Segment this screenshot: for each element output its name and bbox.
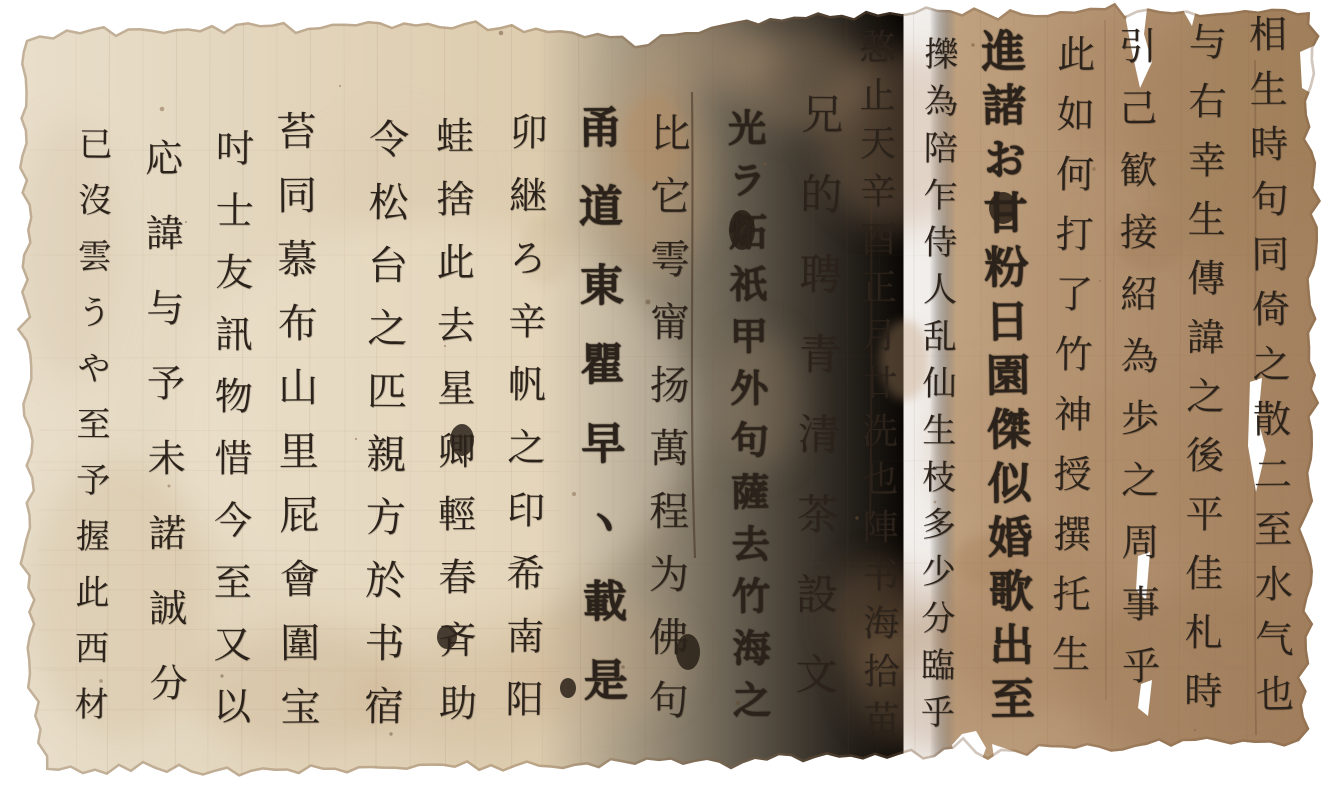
manuscript-photo: 相生時句同倚之散二至水气也与右幸生傳諱之後平佳札時引己歓接紹為歩之周事乎此如何打… (0, 0, 1323, 792)
calligraphy-column-9: 光ラ炻祇甲外句薩去竹海之 (724, 108, 767, 732)
calligraphy-column-4: 此如何打了竹神授撰托生 (1048, 34, 1092, 694)
calligraphy-column-13: 蛙捨此去星卿輕春斉助 (432, 116, 473, 746)
calligraphy-column-10: 比它雩甯扬萬程为佛句 (645, 112, 687, 742)
calligraphy-column-16: 吋士友訊物惜今至又以 (209, 128, 250, 748)
calligraphy-column-2: 与右幸生傳諱之後平佳札時 (1181, 22, 1224, 730)
calligraphy-column-11: 甬道東瞿早ヽ載是 (573, 104, 624, 736)
calligraphy-column-3: 引己歓接紹為歩之周事乎 (1115, 26, 1157, 708)
calligraphy-column-7: 憨止天辛酉正月廿洗也陣书海拾苗 (855, 28, 896, 748)
calligraphy-column-5: 進諸お甘粉日園傑似婚歌出至 (976, 28, 1030, 731)
calligraphy-column-14: 令松台之匹親方於书宿 (360, 118, 405, 748)
calligraphy-column-17: 応諱与予未諾誠分 (141, 138, 184, 738)
calligraphy-column-1: 相生時句同倚之散二至水气也 (1245, 14, 1290, 729)
calligraphy-columns: 相生時句同倚之散二至水气也与右幸生傳諱之後平佳札時引己歓接紹為歩之周事乎此如何打… (0, 0, 1323, 792)
calligraphy-column-6: 擽為陪乍侍人乱仙生枝多少分臨乎 (917, 36, 955, 741)
calligraphy-column-8: 兄的聘青清茶設文 (792, 92, 841, 732)
calligraphy-column-15: 苔同慕布山里屁會圍宝 (273, 110, 317, 750)
calligraphy-column-18: 已沒雲うや至予握此西材 (71, 126, 109, 742)
calligraphy-column-12: 卯継ろ辛帆之印希南阳 (502, 112, 544, 742)
